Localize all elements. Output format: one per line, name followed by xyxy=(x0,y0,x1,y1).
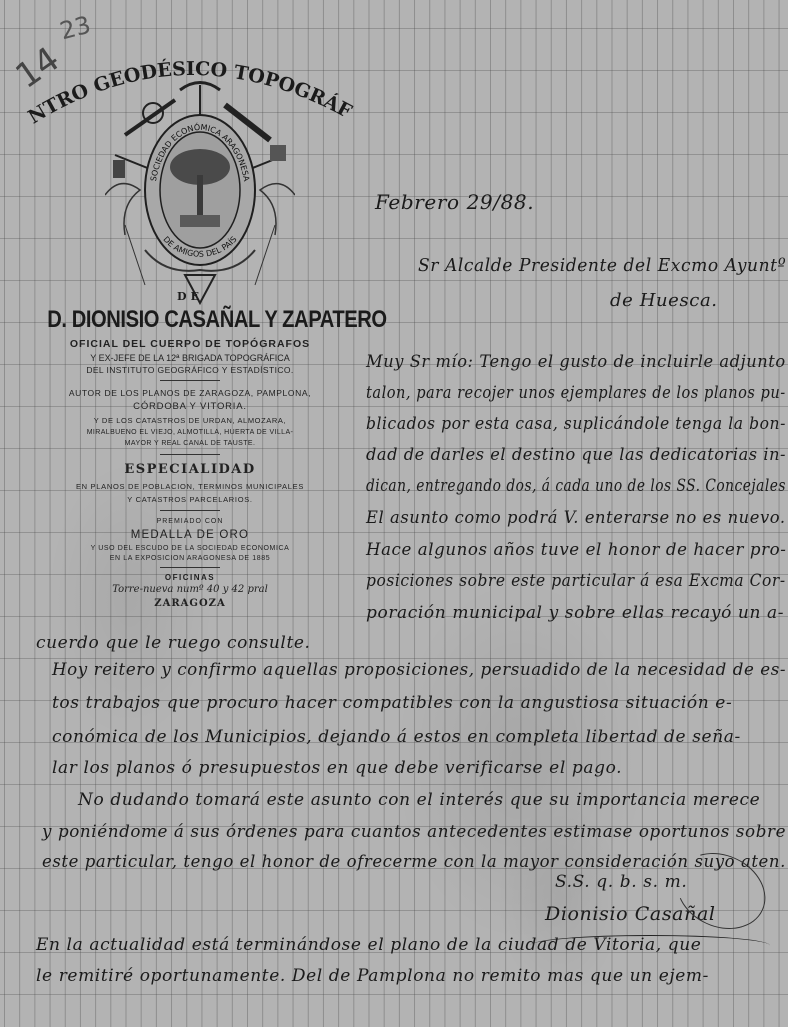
letter-line: Hoy reitero y confirmo aquellas proposic… xyxy=(52,660,786,680)
letterhead-line: Y EX-JEFE DE LA 12ª BRIGADA TOPOGRÁFICA xyxy=(20,353,360,363)
letterhead-specialty-heading: ESPECIALIDAD xyxy=(20,462,360,477)
letterhead-name: D. DIONISIO CASAÑAL Y ZAPATERO xyxy=(47,306,333,334)
letter-line: Muy Sr mío: Tengo el gusto de incluirle … xyxy=(366,352,786,372)
letter-line: dad de darles el destino que las dedicat… xyxy=(366,445,786,465)
letter-line: y poniéndome á sus órdenes para cuantos … xyxy=(42,822,786,842)
letter-line: este particular, tengo el honor de ofrec… xyxy=(42,852,786,872)
letter-date: Febrero 29/88. xyxy=(375,190,534,214)
divider xyxy=(160,510,220,511)
divider xyxy=(160,454,220,455)
letterhead-line: Y USO DEL ESCUDO DE LA SOCIEDAD ECONOMIC… xyxy=(20,545,360,552)
letter-line: tos trabajos que procuro hacer compatibl… xyxy=(52,693,732,713)
recipient-line: de Huesca. xyxy=(610,290,718,311)
letter-line: El asunto como podrá V. enterarse no es … xyxy=(366,508,786,528)
letterhead-line: AUTOR DE LOS PLANOS DE ZARAGOZA, PAMPLON… xyxy=(20,388,360,398)
letterhead-line: OFICIAL DEL CUERPO DE TOPÓGRAFOS xyxy=(20,338,360,350)
closing-formula: S.S. q. b. s. m. xyxy=(555,872,687,892)
divider xyxy=(160,567,220,568)
letter-line: Hace algunos años tuve el honor de hacer… xyxy=(366,540,786,560)
letterhead-city: ZARAGOZA xyxy=(20,598,360,609)
letter-line: lar los planos ó presupuestos en que deb… xyxy=(52,758,622,778)
recipient-line: Sr Alcalde Presidente del Excmo Ayuntº xyxy=(418,255,786,276)
letterhead-line: MAYOR Y REAL CANAL DE TAUSTE. xyxy=(20,440,360,447)
postscript-line: le remitiré oportunamente. Del de Pamplo… xyxy=(36,966,709,986)
letter-line: conómica de los Municipios, dejando á es… xyxy=(52,727,741,747)
letterhead-line: DEL INSTITUTO GEOGRÁFICO Y ESTADÍSTICO. xyxy=(20,365,360,375)
letterhead-offices-heading: OFICINAS xyxy=(20,573,360,582)
letter-line: posiciones sobre este particular á esa E… xyxy=(366,571,786,591)
letterhead-line: PREMIADO CON xyxy=(20,518,360,525)
letterhead-address: Torre-nueva numº 40 y 42 pral xyxy=(20,584,360,595)
letter-line: dican, entregando dos, á cada uno de los… xyxy=(366,476,786,496)
letterhead-line: Y DE LOS CATASTROS DE URDAN, ALMOZARA, xyxy=(20,416,360,425)
letterhead-de: DE xyxy=(20,290,360,303)
letter-line: blicados por esta casa, suplicándole ten… xyxy=(366,414,786,434)
postscript-line: En la actualidad está terminándose el pl… xyxy=(36,935,701,955)
society-emblem-icon: SOCIEDAD ECONÓMICA ARAGONESA DE AMIGOS D… xyxy=(105,75,295,305)
letterhead-line: Y CATASTROS PARCELARIOS. xyxy=(20,495,360,504)
letter-line: cuerdo que le ruego consulte. xyxy=(36,633,311,653)
letterhead-line: EN PLANOS DE POBLACION, TERMINOS MUNICIP… xyxy=(20,482,360,491)
letterhead-medal: MEDALLA DE ORO xyxy=(20,529,360,541)
letterhead-line: CÓRDOBA Y VITORIA. xyxy=(20,401,360,412)
letter-line: talon, para recojer unos ejemplares de l… xyxy=(366,383,786,403)
letter-line: poración municipal y sobre ellas recayó … xyxy=(366,603,784,623)
letterhead-line: EN LA EXPOSICION ARAGONESA DE 1885 xyxy=(20,555,360,562)
divider xyxy=(160,380,220,381)
letterhead-line: MIRALBUENO EL VIEJO, ALMOTILLA, HUERTA D… xyxy=(20,429,360,436)
letter-line: No dudando tomará este asunto con el int… xyxy=(78,790,760,810)
